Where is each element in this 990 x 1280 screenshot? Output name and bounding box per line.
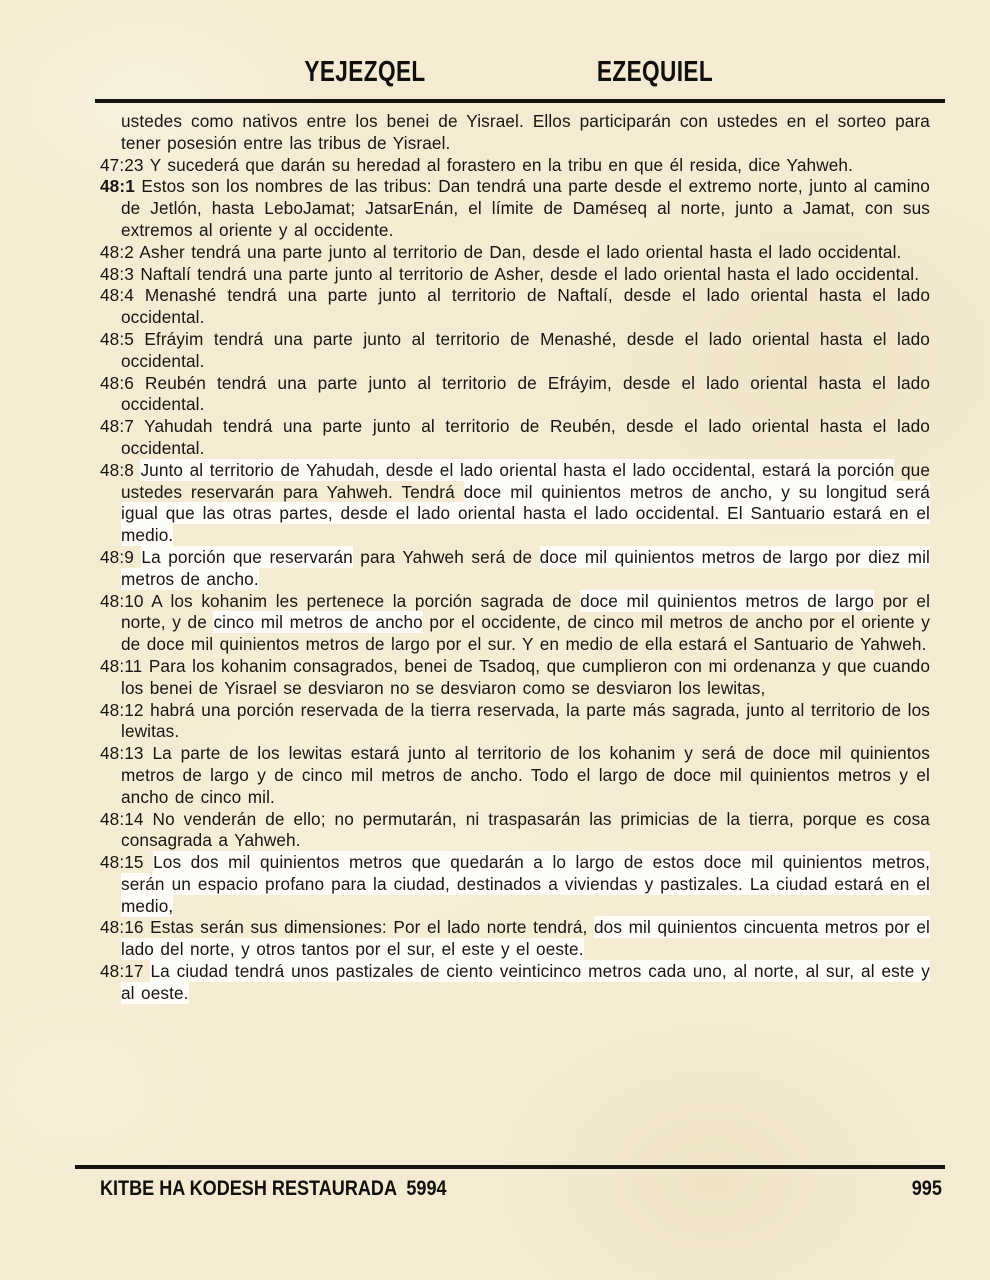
header-rule [95, 99, 945, 103]
verse-number: 48:6 [100, 373, 145, 393]
verse: 48:5 Efráyim tendrá una parte junto al t… [100, 329, 930, 373]
verse: 48:16 Estas serán sus dimensiones: Por e… [100, 917, 930, 961]
verse: 48:15 Los dos mil quinientos metros que … [100, 852, 930, 917]
verse-text: Asher tendrá una parte junto al territor… [139, 242, 901, 262]
footer-book-title: KITBE HA KODESH RESTAURADA 5994 [100, 1176, 447, 1201]
verse-text: Naftalí tendrá una parte junto al territ… [140, 264, 919, 284]
footer-page-number: 995 [912, 1176, 942, 1201]
verse-number: 48:10 [100, 591, 151, 611]
header-title-ezequiel: EZEQUIEL [597, 56, 713, 89]
verse: 48:1 Estos son los nombres de las tribus… [100, 176, 930, 241]
verse-text: habrá una porción reservada de la tierra… [121, 700, 930, 742]
highlighted-verse-text: La porción que reservarán [141, 547, 352, 567]
verse: 47:23 Y sucederá que darán su heredad al… [100, 155, 930, 177]
verse-text: para Yahweh será de [353, 547, 540, 567]
verse-number: 48:9 [100, 547, 141, 567]
verse-number: 48:3 [100, 264, 140, 284]
verse-number: 48:11 [100, 656, 149, 676]
verse: 48:11 Para los kohanim consagrados, bene… [100, 656, 930, 700]
highlighted-verse-text: cinco mil metros de ancho [213, 612, 422, 632]
highlighted-verse-text: Los dos mil quinientos metros que quedar… [121, 852, 930, 916]
verse-number: 48:2 [100, 242, 139, 262]
verse: 48:4 Menashé tendrá una parte junto al t… [100, 285, 930, 329]
verse-number: 48:1 [100, 176, 141, 196]
verse-text: Menashé tendrá una parte junto al territ… [121, 285, 930, 327]
verse-number: 48:4 [100, 285, 145, 305]
verse: 48:17 La ciudad tendrá unos pastizales d… [100, 961, 930, 1005]
verse-text: ustedes como nativos entre los benei de … [121, 111, 930, 153]
verse-number: 48:13 [100, 743, 152, 763]
verse-number: 48:12 [100, 700, 150, 720]
verse: 48:6 Reubén tendrá una parte junto al te… [100, 373, 930, 417]
verse: 48:3 Naftalí tendrá una parte junto al t… [100, 264, 930, 286]
verse-text: Reubén tendrá una parte junto al territo… [121, 373, 930, 415]
text-column: ustedes como nativos entre los benei de … [100, 111, 930, 1005]
header-title-yejezqel: YEJEZQEL [304, 56, 425, 89]
verse: 48:7 Yahudah tendrá una parte junto al t… [100, 416, 930, 460]
highlighted-verse-text: doce mil quinientos metros de largo [580, 591, 874, 611]
footer-rule [75, 1165, 945, 1169]
verse-number: 48:8 [100, 460, 140, 480]
verse-text: Yahudah tendrá una parte junto al territ… [121, 416, 930, 458]
highlighted-verse-text: Junto al territorio de Yahudah, desde el… [140, 460, 894, 480]
verse-text: Estos son los nombres de las tribus: Dan… [121, 176, 930, 240]
highlighted-verse-text: La ciudad tendrá unos pastizales de cien… [121, 961, 930, 1003]
page-header: YEJEZQEL EZEQUIEL [0, 56, 990, 90]
scanned-book-page: YEJEZQEL EZEQUIEL ustedes como nativos e… [0, 0, 990, 1280]
verse-text: La parte de los lewitas estará junto al … [121, 743, 930, 807]
verse: 48:9 La porción que reservarán para Yahw… [100, 547, 930, 591]
verse-number: 48:16 [100, 917, 150, 937]
verse: 48:14 No venderán de ello; no permutarán… [100, 809, 930, 853]
verse-number: 48:7 [100, 416, 144, 436]
page-footer: KITBE HA KODESH RESTAURADA 5994 995 [100, 1176, 942, 1202]
verse-text: A los kohanim les pertenece la porción s… [151, 591, 580, 611]
verse-number: 48:5 [100, 329, 144, 349]
verse: 48:2 Asher tendrá una parte junto al ter… [100, 242, 930, 264]
verse-text: Para los kohanim consagrados, benei de T… [121, 656, 930, 698]
verse: ustedes como nativos entre los benei de … [100, 111, 930, 155]
verse: 48:10 A los kohanim les pertenece la por… [100, 591, 930, 656]
verse-number: 47:23 [100, 155, 150, 175]
verse-text: No venderán de ello; no permutarán, ni t… [121, 809, 930, 851]
verse: 48:8 Junto al territorio de Yahudah, des… [100, 460, 930, 547]
verse: 48:12 habrá una porción reservada de la … [100, 700, 930, 744]
verse-number: 48:17 [100, 961, 150, 981]
verse-number: 48:14 [100, 809, 153, 829]
verse-text: Y sucederá que darán su heredad al foras… [150, 155, 853, 175]
verse-text: Estas serán sus dimensiones: Por el lado… [150, 917, 594, 937]
verse: 48:13 La parte de los lewitas estará jun… [100, 743, 930, 808]
verse-text: Efráyim tendrá una parte junto al territ… [121, 329, 930, 371]
verse-number: 48:15 [100, 852, 153, 872]
